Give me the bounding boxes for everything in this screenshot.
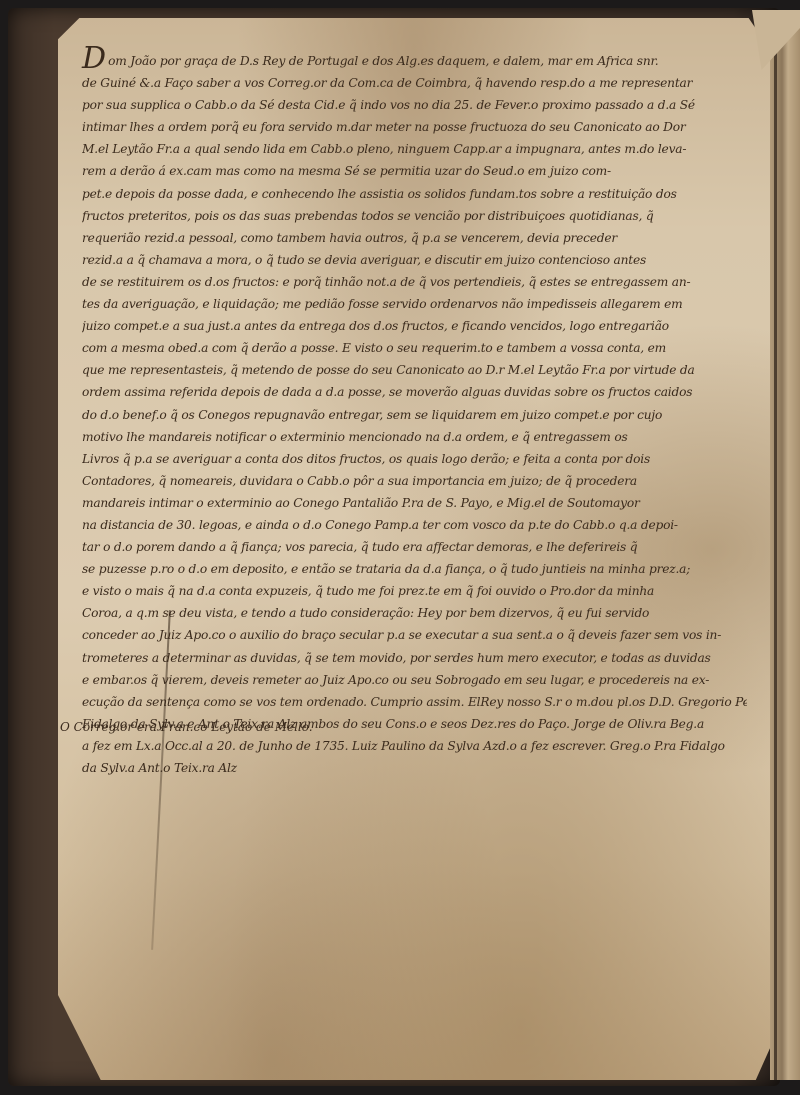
text-line: intimar lhes a ordem porq̃ eu fora servi…	[82, 116, 747, 138]
text-line: de Guiné &.a Faço saber a vos Correg.or …	[82, 72, 747, 94]
text-line: requerião rezid.a pessoal, como tambem h…	[82, 227, 747, 249]
text-line: a fez em Lx.a Occ.al a 20. de Junho de 1…	[82, 735, 747, 757]
text-line: M.el Leytão Fr.a a qual sendo lida em Ca…	[82, 138, 747, 160]
decorated-initial: D	[82, 48, 106, 70]
text-line: rem a derão á ex.cam mas como na mesma S…	[82, 160, 747, 182]
text-line: conceder ao Juiz Apo.co o auxilio do bra…	[82, 624, 747, 646]
text-line: Coroa, a q.m se deu vista, e tendo a tud…	[82, 602, 747, 624]
text-line: do d.o benef.o q̃ os Conegos repugnavão …	[82, 404, 747, 426]
text-line: om João por graça de D.s Rey de Portugal…	[108, 50, 747, 72]
text-line: da Sylv.a Ant.o Teix.ra Alz	[82, 757, 747, 779]
manuscript-text: D om João por graça de D.s Rey de Portug…	[82, 50, 747, 779]
text-line: fructos preteritos, pois os das suas pre…	[82, 205, 747, 227]
text-line: mandareis intimar o exterminio ao Conego…	[82, 492, 747, 514]
text-line: ordem assima referida depois de dada a d…	[82, 381, 747, 403]
text-line: ecução da sentença como se vos tem orden…	[82, 691, 747, 713]
text-line: Contadores, q̃ nomeareis, duvidara o Cab…	[82, 470, 747, 492]
page-spine-crease	[774, 20, 777, 1080]
signature-note: O Correg.or era Fran.co Leytão de Mello.	[60, 720, 313, 734]
text-line: tes da averiguação, e liquidação; me ped…	[82, 293, 747, 315]
text-line: na distancia de 30. legoas, e ainda o d.…	[82, 514, 747, 536]
text-line: trometeres a determinar as duvidas, q̃ s…	[82, 647, 747, 669]
text-line: pet.e depois da posse dada, e conhecendo…	[82, 183, 747, 205]
text-line: motivo lhe mandareis notificar o extermi…	[82, 426, 747, 448]
text-line: rezid.a a q̃ chamava a mora, o q̃ tudo s…	[82, 249, 747, 271]
text-line: e visto o mais q̃ na d.a conta expuzeis,…	[82, 580, 747, 602]
text-line: Livros q̃ p.a se averiguar a conta dos d…	[82, 448, 747, 470]
text-line: juizo compet.e a sua just.a antes da ent…	[82, 315, 747, 337]
text-line: que me representasteis, q̃ metendo de po…	[82, 359, 747, 381]
text-line: de se restituirem os d.os fructos: e por…	[82, 271, 747, 293]
text-line: por sua supplica o Cabb.o da Sé desta Ci…	[82, 94, 747, 116]
text-line: com a mesma obed.a com q̃ derão a posse.…	[82, 337, 747, 359]
text-line: e embar.os q̃ vierem, deveis remeter ao …	[82, 669, 747, 691]
text-line: se puzesse p.ro o d.o em deposito, e ent…	[82, 558, 747, 580]
text-line: tar o d.o porem dando a q̃ fiança; vos p…	[82, 536, 747, 558]
